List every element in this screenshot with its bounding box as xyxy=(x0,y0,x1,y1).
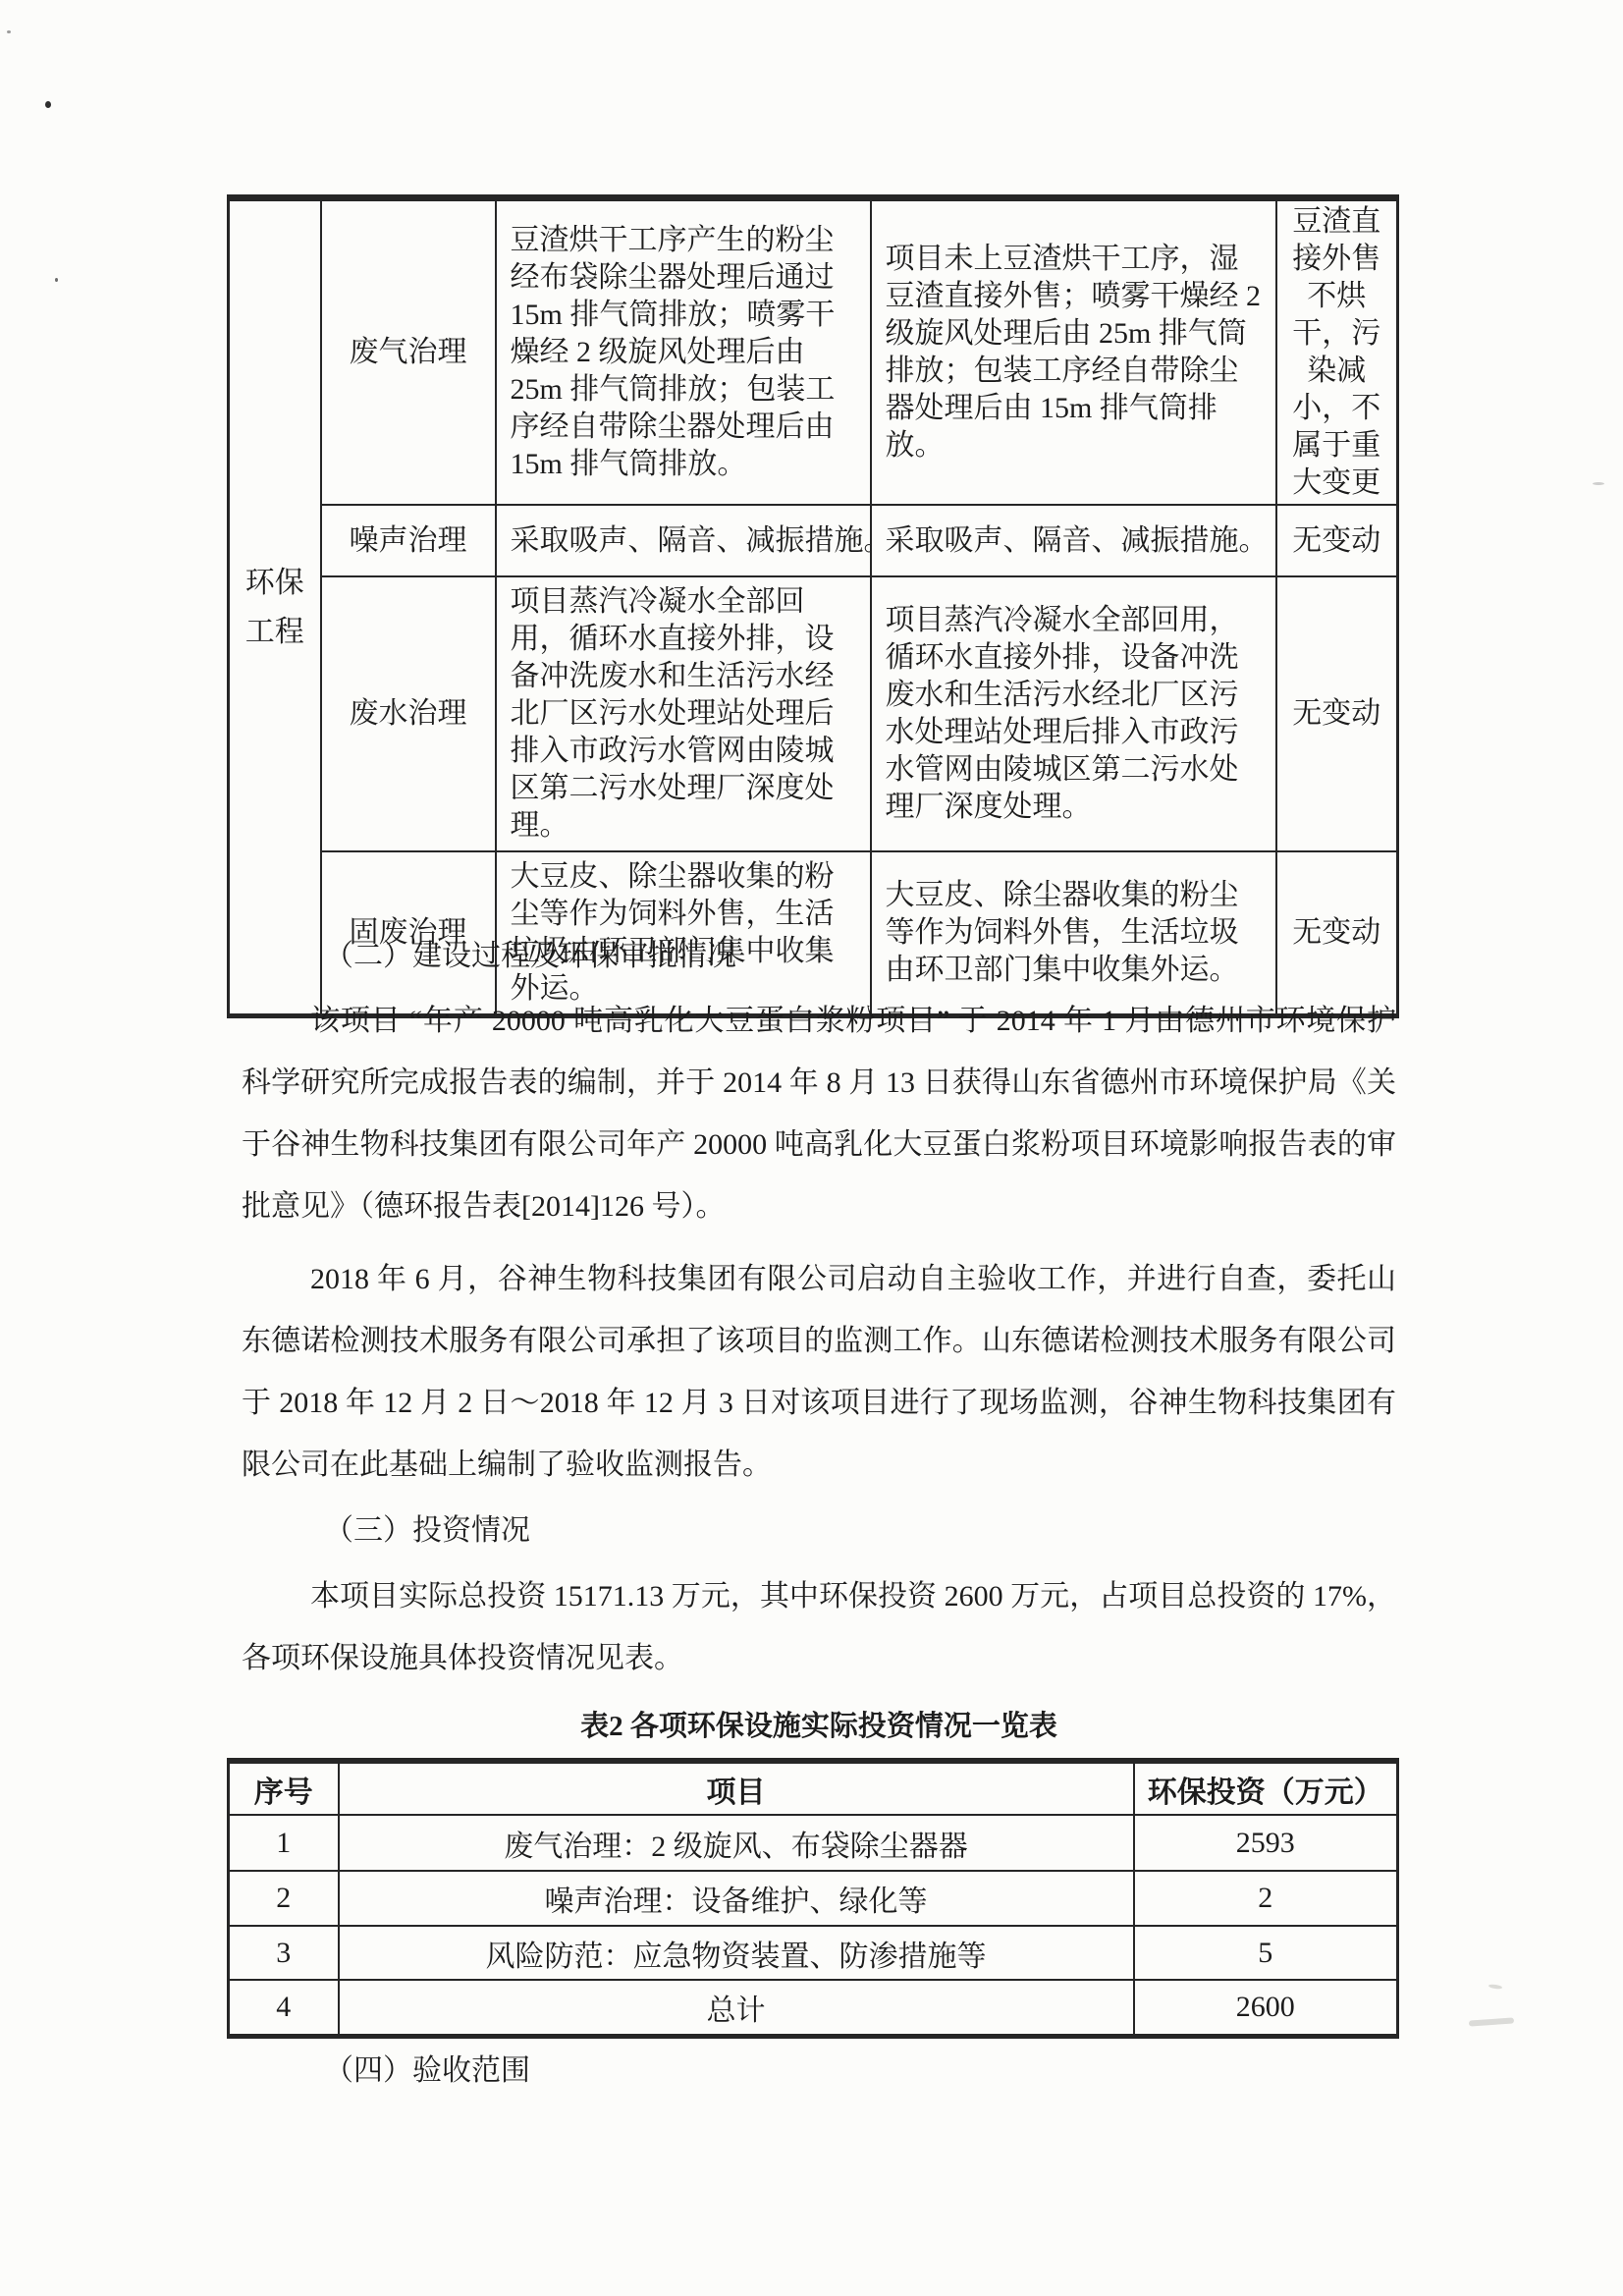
table-row: 噪声治理 采取吸声、隔音、减振措施。 采取吸声、隔音、减振措施。 无变动 xyxy=(229,505,1398,576)
item-cell: 噪声治理：设备维护、绿化等 xyxy=(339,1871,1134,1926)
item-cell: 废气治理：2 级旋风、布袋除尘器器 xyxy=(339,1815,1134,1871)
index-cell: 2 xyxy=(229,1871,339,1926)
row-group-label: 环保工程 xyxy=(243,559,306,657)
ep-works-comparison-table: 环保工程 废气治理 豆渣烘干工序产生的粉尘经布袋除尘器处理后通过 15m 排气筒… xyxy=(227,194,1399,1018)
section-heading-acceptance-scope: （四）验收范围 xyxy=(242,2040,1479,2102)
actual-measures-cell: 项目蒸汽冷凝水全部回用，循环水直接外排，设备冲洗废水和生活污水经北厂区污水处理站… xyxy=(871,576,1276,851)
scan-smudge xyxy=(1469,2017,1514,2026)
investment-cell: 2600 xyxy=(1134,1980,1398,2036)
row-group-cell: 环保工程 xyxy=(229,198,321,1016)
table-header-row: 序号 项目 环保投资（万元） xyxy=(229,1761,1398,1815)
header-investment: 环保投资（万元） xyxy=(1134,1761,1398,1815)
index-cell: 1 xyxy=(229,1815,339,1871)
scanned-report-page: { "colors": { "paper": "#fcfcfa", "ink":… xyxy=(0,0,1623,2296)
header-item: 项目 xyxy=(339,1761,1134,1815)
investment-cell: 5 xyxy=(1134,1926,1398,1980)
table-row: 1 废气治理：2 级旋风、布袋除尘器器 2593 xyxy=(229,1815,1398,1871)
paragraph-acceptance-monitoring: 2018 年 6 月，谷神生物科技集团有限公司启动自主验收工作，并进行自查，委托… xyxy=(242,1248,1396,1496)
scan-speck xyxy=(7,30,11,33)
index-cell: 4 xyxy=(229,1980,339,2036)
table-row: 废水治理 项目蒸汽冷凝水全部回用，循环水直接外排，设备冲洗废水和生活污水经北厂区… xyxy=(229,576,1398,851)
item-cell: 总计 xyxy=(339,1980,1134,2036)
table-row: 2 噪声治理：设备维护、绿化等 2 xyxy=(229,1871,1398,1926)
actual-measures-cell: 采取吸声、隔音、减振措施。 xyxy=(871,505,1276,576)
scan-smudge xyxy=(1593,482,1604,485)
table-row: 4 总计 2600 xyxy=(229,1980,1398,2036)
investment-table: 序号 项目 环保投资（万元） 1 废气治理：2 级旋风、布袋除尘器器 2593 … xyxy=(227,1758,1399,2039)
item-cell: 风险防范：应急物资装置、防渗措施等 xyxy=(339,1926,1134,1980)
paragraph-investment: 本项目实际总投资 15171.13 万元，其中环保投资 2600 万元，占项目总… xyxy=(242,1565,1396,1689)
section-heading-investment: （三）投资情况 xyxy=(242,1500,1479,1561)
scan-speck xyxy=(45,101,51,108)
actual-measures-cell: 项目未上豆渣烘干工序，湿豆渣直接外售；喷雾干燥经 2 级旋风处理后由 25m 排… xyxy=(871,198,1276,506)
designed-measures-cell: 豆渣烘干工序产生的粉尘经布袋除尘器处理后通过 15m 排气筒排放；喷雾干燥经 2… xyxy=(496,198,871,506)
table2-title: 表2 各项环保设施实际投资情况一览表 xyxy=(242,1707,1396,1746)
table-row: 3 风险防范：应急物资装置、防渗措施等 5 xyxy=(229,1926,1398,1980)
investment-cell: 2593 xyxy=(1134,1815,1398,1871)
category-cell: 废水治理 xyxy=(321,576,496,851)
index-cell: 3 xyxy=(229,1926,339,1980)
investment-cell: 2 xyxy=(1134,1871,1398,1926)
scan-speck xyxy=(55,278,58,282)
paragraph-project-approval: 该项目 “年产 20000 吨高乳化大豆蛋白浆粉项目” 于 2014 年 1 月… xyxy=(242,990,1396,1237)
change-status-cell: 无变动 xyxy=(1276,576,1398,851)
designed-measures-cell: 项目蒸汽冷凝水全部回用，循环水直接外排，设备冲洗废水和生活污水经北厂区污水处理站… xyxy=(496,576,871,851)
table-row: 环保工程 废气治理 豆渣烘干工序产生的粉尘经布袋除尘器处理后通过 15m 排气筒… xyxy=(229,198,1398,506)
change-status-cell: 无变动 xyxy=(1276,505,1398,576)
category-cell: 噪声治理 xyxy=(321,505,496,576)
change-status-cell: 豆渣直接外售不烘干，污染减小，不属于重大变更 xyxy=(1276,198,1398,506)
category-cell: 废气治理 xyxy=(321,198,496,506)
scan-smudge xyxy=(1488,1984,1502,1990)
section-heading-construction-approval: （二）建设过程及环保审批情况 xyxy=(242,925,1479,987)
header-index: 序号 xyxy=(229,1761,339,1815)
designed-measures-cell: 采取吸声、隔音、减振措施。 xyxy=(496,505,871,576)
